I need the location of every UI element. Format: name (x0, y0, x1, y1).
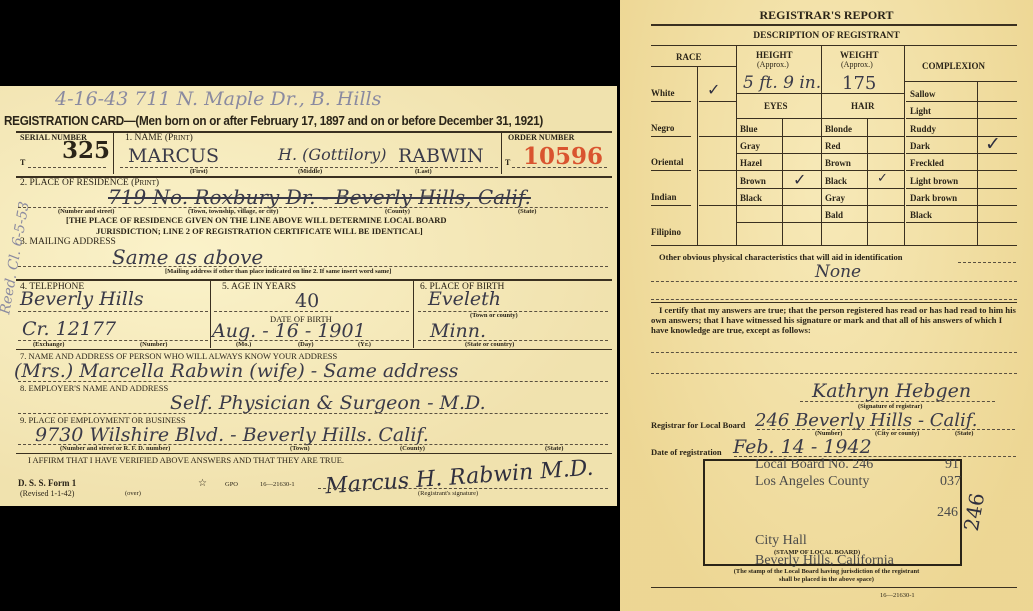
name-first: MARCUS (128, 145, 219, 167)
dob-mo-caption: (Mo.) (236, 341, 251, 348)
complexion-sallow: Sallow (910, 89, 936, 99)
race-indian: Indian (651, 192, 677, 202)
divider (736, 136, 904, 137)
order-prefix: T (505, 158, 510, 167)
age-label: 5. AGE IN YEARS (222, 282, 296, 292)
employer-value: Self. Physician & Surgeon - M.D. (170, 392, 486, 414)
divider (736, 118, 904, 119)
stamp-line-3-code: 246 (937, 505, 958, 521)
divider (651, 302, 1017, 303)
registration-date-label: Date of registration (651, 447, 722, 457)
order-line (512, 167, 607, 168)
hair-header: HAIR (851, 101, 875, 111)
divider (782, 119, 783, 245)
over-note: (over) (125, 490, 141, 497)
age-value: 40 (295, 290, 319, 312)
affirm-statement: I AFFIRM THAT I HAVE VERIFIED ABOVE ANSW… (28, 455, 344, 465)
telephone-line (18, 311, 208, 312)
residence-street-caption: (Number and street) (58, 208, 114, 215)
divider (906, 101, 1017, 102)
dob-day-caption: (Day) (298, 341, 314, 348)
divider (210, 280, 211, 348)
mailing-caption: [Mailing address if other than place ind… (165, 268, 391, 275)
serial-number: 325 (62, 137, 110, 164)
divider (16, 453, 612, 454)
divider (651, 66, 737, 67)
form-id: D. S. S. Form 1 (18, 478, 76, 488)
birthplace-town-caption: (Town or county) (470, 312, 518, 319)
other-line-2 (651, 281, 1017, 282)
report-title: REGISTRAR'S REPORT (620, 8, 1033, 23)
residence-notice-1: [THE PLACE OF RESIDENCE GIVEN ON THE LIN… (66, 215, 447, 225)
complexion-dark: Dark (910, 141, 930, 151)
height-header: HEIGHT (756, 50, 793, 60)
divider (651, 587, 1017, 588)
other-characteristics-value: None (815, 262, 861, 282)
divider (906, 170, 1017, 171)
divider (867, 119, 868, 245)
eyes-brown: Brown (740, 176, 766, 186)
telephone-exchange: Beverly Hills (20, 288, 144, 310)
dob-yr-caption: (Yr.) (358, 341, 371, 348)
divider (651, 101, 691, 102)
divider (651, 205, 691, 206)
eyes-gray: Gray (740, 141, 760, 151)
dob-value: Aug. - 16 - 1901 (212, 320, 366, 342)
name-first-caption: (First) (190, 168, 208, 175)
telephone-number: Cr. 12177 (22, 318, 116, 340)
stamp-line-1-code: 91 (945, 457, 959, 473)
stamp-line-2: Los Angeles County (755, 474, 869, 490)
telephone-number-caption: (Number) (140, 341, 167, 348)
complexion-freckled: Freckled (910, 158, 944, 168)
divider (699, 205, 736, 206)
stamp-note-2: shall be placed in the above space) (620, 576, 1033, 583)
divider (736, 153, 904, 154)
mailing-line (18, 266, 608, 267)
divider (906, 188, 1017, 189)
form-revised: (Revised 1-1-42) (20, 489, 74, 498)
birthplace-town: Eveleth (428, 288, 501, 310)
divider (651, 170, 691, 171)
race-white: White (651, 88, 675, 98)
check-mark-icon: ✓ (877, 171, 888, 186)
divider (736, 188, 904, 189)
serial-line (28, 167, 106, 168)
stamp-note-1: (The stamp of the Local Board having jur… (620, 568, 1033, 575)
employment-town-caption: (Town) (290, 445, 310, 452)
registration-date-value: Feb. 14 - 1942 (733, 436, 872, 458)
local-board-value: 246 Beverly Hills - Calif. (755, 410, 978, 431)
name-label: 1. NAME (Print) (125, 133, 193, 143)
divider (16, 349, 612, 350)
residence-town-caption: (Town, township, village, or city) (188, 208, 278, 215)
signature-line (318, 488, 608, 489)
check-mark-icon: ✓ (707, 80, 720, 99)
weight-sub: (Approx.) (841, 60, 873, 69)
divider (699, 101, 736, 102)
divider (736, 205, 904, 206)
eyes-hazel: Hazel (740, 158, 762, 168)
employment-state-caption: (State) (545, 445, 563, 452)
divider (699, 136, 736, 137)
employment-street-caption: (Number and street or R. F. D. number) (60, 445, 170, 452)
certify-text: I certify that my answers are true; that… (651, 305, 1017, 335)
divider (977, 82, 978, 245)
divider (906, 153, 1017, 154)
star-icon: ☆ (198, 478, 207, 489)
complexion-light-brown: Light brown (910, 176, 958, 186)
stamp-line-5: Beverly Hills, California (755, 553, 894, 569)
report-subtitle: DESCRIPTION OF REGISTRANT (620, 31, 1033, 41)
race-negro: Negro (651, 123, 674, 133)
name-middle-caption: (Middle) (298, 168, 322, 175)
divider (651, 24, 1017, 26)
local-board-city-caption: (City or county) (875, 430, 919, 437)
eyes-black: Black (740, 193, 762, 203)
birthplace-state: Minn. (430, 320, 486, 342)
employment-county-caption: (County) (400, 445, 425, 452)
divider (906, 222, 1017, 223)
check-mark-icon: ✓ (985, 133, 1001, 155)
birthplace-state-caption: (State or country) (465, 341, 514, 348)
print-code-right: 16—21630-1 (880, 592, 915, 599)
stamp-line-4: City Hall (755, 533, 807, 549)
divider (113, 132, 114, 174)
registrar-signature-caption: (Signature of registrar) (858, 403, 922, 410)
name-middle: H. (Gottilory) (278, 145, 386, 164)
divider (651, 245, 1017, 246)
other-line (958, 262, 1016, 263)
divider (736, 222, 904, 223)
check-mark-icon: ✓ (793, 170, 806, 189)
divider (904, 81, 1017, 82)
employment-place-value: 9730 Wilshire Blvd. - Beverly Hills. Cal… (35, 424, 429, 446)
top-handwritten-note: 4-16-43 711 N. Maple Dr., B. Hills (55, 88, 381, 110)
other-line-3 (651, 299, 1017, 300)
serial-prefix: T (20, 158, 25, 167)
race-oriental: Oriental (651, 157, 684, 167)
divider (736, 45, 737, 245)
hair-bald: Bald (825, 210, 843, 220)
divider (736, 170, 904, 171)
height-value: 5 ft. 9 in. (743, 73, 821, 93)
registrar-signature-line (800, 401, 995, 402)
divider (651, 45, 1017, 46)
contact-line (18, 381, 608, 382)
residence-county-caption: (County) (385, 208, 410, 215)
divider (906, 205, 1017, 206)
divider (904, 45, 905, 245)
divider (413, 280, 414, 348)
divider (906, 118, 1017, 119)
hair-brown: Brown (825, 158, 851, 168)
gpo-mark: GPO (225, 481, 238, 488)
divider (736, 93, 904, 94)
eyes-blue: Blue (740, 124, 758, 134)
other-characteristics-label: Other obvious physical characteristics t… (659, 252, 903, 262)
order-label: ORDER NUMBER (508, 133, 574, 142)
signature-caption: (Registrant's signature) (418, 490, 478, 497)
employer-line (18, 413, 608, 414)
divider (501, 132, 502, 174)
print-code-left: 16—21630-1 (260, 481, 295, 488)
certify-line-2 (651, 373, 1017, 374)
eyes-header: EYES (764, 101, 788, 111)
mailing-label: 3. MAILING ADDRESS (20, 237, 116, 247)
divider (16, 279, 612, 281)
height-sub: (Approx.) (757, 60, 789, 69)
divider (699, 170, 736, 171)
divider (651, 136, 691, 137)
complexion-header: COMPLEXION (922, 61, 985, 71)
local-board-label: Registrar for Local Board (651, 420, 745, 430)
certify-line (651, 352, 1017, 353)
name-last: RABWIN (398, 145, 484, 167)
residence-state-caption: (State) (518, 208, 536, 215)
complexion-black: Black (910, 210, 932, 220)
stamp-line-1: Local Board No. 246 (755, 457, 873, 473)
order-number: 10596 (523, 143, 603, 170)
registrar-signature: Kathryn Hebgen (812, 380, 971, 402)
race-header: RACE (676, 52, 702, 62)
contact-value: (Mrs.) Marcella Rabwin (wife) - Same add… (14, 360, 458, 382)
complexion-light: Light (910, 106, 931, 116)
telephone-exchange-caption: (Exchange) (33, 341, 64, 348)
residence-notice-2: JURISDICTION; LINE 2 OF REGISTRATION CER… (96, 226, 423, 236)
hair-blonde: Blonde (825, 124, 852, 134)
complexion-ruddy: Ruddy (910, 124, 936, 134)
residence-value: 719 No. Roxbury Dr. - Beverly Hills, Cal… (108, 185, 531, 209)
complexion-dark-brown: Dark brown (910, 193, 957, 203)
card-title: REGISTRATION CARD—(Men born on or after … (4, 113, 543, 128)
stamp-line-2-code: 037 (940, 474, 961, 490)
divider (697, 67, 698, 245)
employer-label: 8. EMPLOYER'S NAME AND ADDRESS (20, 383, 168, 393)
weight-header: WEIGHT (840, 50, 879, 60)
race-filipino: Filipino (651, 227, 681, 237)
hair-black: Black (825, 176, 847, 186)
local-board-state-caption: (State) (955, 430, 973, 437)
hair-gray: Gray (825, 193, 845, 203)
age-line (214, 311, 409, 312)
hair-red: Red (825, 141, 841, 151)
weight-value: 175 (842, 73, 876, 94)
name-last-caption: (Last) (415, 168, 432, 175)
